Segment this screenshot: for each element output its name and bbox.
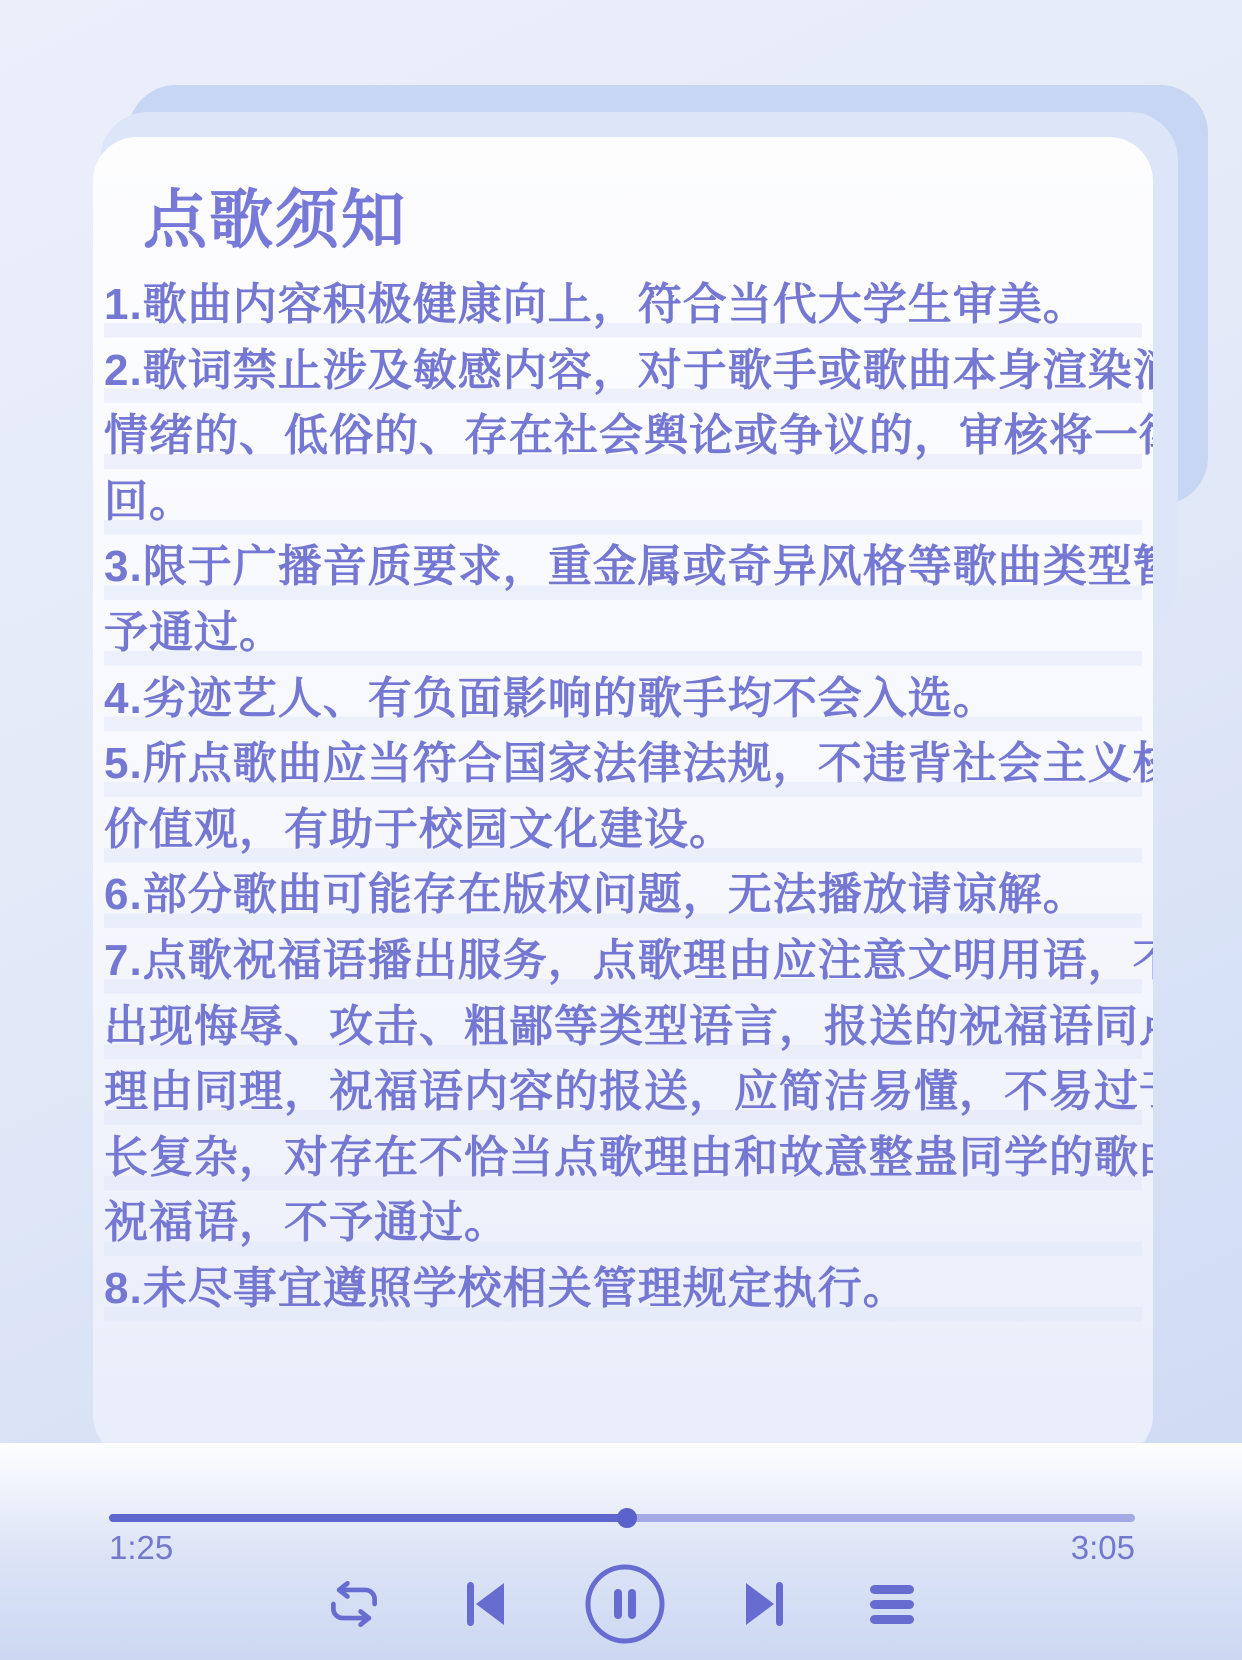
previous-icon xyxy=(462,1578,508,1630)
notice-line: 出现悔辱、攻击、粗鄙等类型语言，报送的祝福语同点歌 xyxy=(104,994,1142,1060)
next-track-button[interactable] xyxy=(741,1576,789,1632)
page-title: 点歌须知 xyxy=(143,188,1153,252)
notice-lines: 1.歌曲内容积极健康向上，符合当代大学生审美。2.歌词禁止涉及敏感内容，对于歌手… xyxy=(104,272,1142,1322)
notice-line: 8.未尽事宜遵照学校相关管理规定执行。 xyxy=(104,1256,1142,1322)
notice-line: 情绪的、低俗的、存在社会舆论或争议的，审核将一律驳 xyxy=(104,403,1142,469)
notice-line: 7.点歌祝福语播出服务，点歌理由应注意文明用语，不得 xyxy=(104,928,1142,994)
notice-line: 2.歌词禁止涉及敏感内容，对于歌手或歌曲本身渲染消极 xyxy=(104,338,1142,404)
notice-line: 1.歌曲内容积极健康向上，符合当代大学生审美。 xyxy=(104,272,1142,338)
progress-fill xyxy=(109,1514,627,1522)
notice-line: 长复杂，对存在不恰当点歌理由和故意整蛊同学的歌曲或 xyxy=(104,1125,1142,1191)
notice-line: 价值观，有助于校园文化建设。 xyxy=(104,797,1142,863)
song-request-notice-screen: { "notice": { "title": "点歌须知", "lines": … xyxy=(0,0,1242,1660)
repeat-icon xyxy=(324,1579,384,1629)
notice-line: 4.劣迹艺人、有负面影响的歌手均不会入选。 xyxy=(104,666,1142,732)
notice-line: 予通过。 xyxy=(104,600,1142,666)
player-bar: 1:25 3:05 xyxy=(0,1443,1242,1660)
notice-line: 3.限于广播音质要求，重金属或奇异风格等歌曲类型暂不 xyxy=(104,534,1142,600)
progress-handle[interactable] xyxy=(617,1508,637,1528)
notice-line: 理由同理，祝福语内容的报送，应简洁易懂，不易过于冗 xyxy=(104,1059,1142,1125)
notice-line: 6.部分歌曲可能存在版权问题，无法播放请谅解。 xyxy=(104,862,1142,928)
pause-button[interactable] xyxy=(584,1563,666,1645)
notice-line: 5.所点歌曲应当符合国家法律法规，不违背社会主义核心 xyxy=(104,731,1142,797)
playlist-icon xyxy=(866,1580,918,1628)
previous-track-button[interactable] xyxy=(461,1576,509,1632)
notice-line: 祝福语，不予通过。 xyxy=(104,1190,1142,1256)
next-icon xyxy=(742,1578,788,1630)
notice-card: 点歌须知 1.歌曲内容积极健康向上，符合当代大学生审美。2.歌词禁止涉及敏感内容… xyxy=(93,137,1153,1459)
notice-line: 回。 xyxy=(104,469,1142,535)
pause-icon xyxy=(584,1563,666,1645)
progress-bar[interactable] xyxy=(109,1514,1135,1522)
player-controls xyxy=(0,1559,1242,1649)
playlist-button[interactable] xyxy=(864,1576,920,1632)
repeat-button[interactable] xyxy=(322,1576,386,1632)
